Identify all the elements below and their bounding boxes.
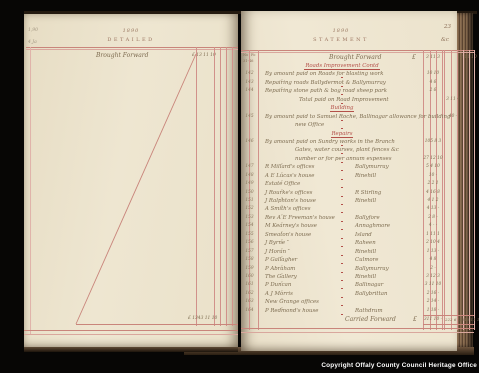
- ledger-row: Repairs: [241, 131, 477, 139]
- amount-col-1: 4 1 2: [422, 198, 444, 203]
- ledger-row: 163 ″ New Grange offices 2 14 -: [241, 299, 477, 307]
- page-bottom-edge-left: [24, 347, 238, 352]
- amount-col-1: 4 13 -: [422, 206, 444, 211]
- total-rule: [423, 315, 474, 316]
- ledger-row: 156 ″ J Byrne ″ Raheen 2 10 4: [241, 240, 477, 248]
- voucher-number: 144: [242, 88, 257, 93]
- voucher-number: 150: [242, 190, 257, 195]
- section-heading: [261, 114, 423, 120]
- ledger-row: 153 ″ Rev A E Freeman's house Ballyfore …: [241, 215, 477, 223]
- entry-place: Island: [355, 232, 372, 238]
- ledger-row: 161 ″ P Duncan Ballinagar 3 11 10: [241, 282, 477, 290]
- amount-col-1: 3 12 3: [422, 274, 444, 279]
- section-heading: [261, 257, 423, 263]
- footer-rule: [24, 330, 238, 331]
- brought-forward-label: Brought Forward: [329, 54, 382, 61]
- section-heading: [261, 181, 423, 187]
- entry-place: Ballymurray: [355, 266, 389, 272]
- ledger-row: 145 By amount paid to Samuel Roche, Ball…: [241, 114, 477, 122]
- voucher-number: 157: [242, 249, 257, 254]
- ledger-row: 159 ″ P Abraham Ballymurray 2 -: [241, 266, 477, 274]
- amount-col-1: 1 13 -: [422, 249, 444, 254]
- ledger-row: 158 ″ P Gallagher Culmore 4 8: [241, 257, 477, 265]
- right-page-content: 1890 STATEMENT 23 &c No Fo 31-46 Brought…: [241, 11, 477, 351]
- page-year: 1890: [24, 28, 238, 34]
- header-rule: [241, 50, 474, 51]
- voucher-number: 152: [242, 206, 257, 211]
- voucher-number: 163: [242, 299, 257, 304]
- page-title: STATEMENT: [241, 37, 441, 43]
- amount-col-1: 4 - -: [422, 223, 444, 228]
- column-rule: [196, 47, 197, 326]
- amount-col-1: 3 11 10: [422, 282, 444, 287]
- header-rule: [241, 52, 474, 53]
- void-diagonal-line: [24, 14, 238, 347]
- carried-forward-label: Carried Forward: [345, 316, 396, 323]
- entry-place: Rinehill: [355, 198, 376, 204]
- section-heading: Repairs: [261, 131, 423, 137]
- amount-col-1: 4 6: [422, 80, 444, 85]
- carried-amount: 1343 11 10: [459, 317, 477, 322]
- section-heading: [261, 249, 423, 255]
- amount-col-2: 3 11 4: [445, 97, 461, 102]
- page-title: DETAILED: [24, 37, 238, 43]
- entry-place: Ballyfore: [355, 215, 380, 221]
- voucher-number: 153: [242, 215, 257, 220]
- amount-col-1: 2 16 -: [422, 291, 444, 296]
- amount-col-1: 10 10: [422, 71, 444, 76]
- brought-forward-amount: 3 11 3: [422, 55, 444, 60]
- section-heading: [261, 266, 423, 272]
- page-number: 23: [444, 24, 451, 30]
- margin-rule: [30, 47, 31, 334]
- section-heading: Roads Improvement Contd: [261, 63, 423, 69]
- voucher-number: 148: [242, 173, 257, 178]
- copyright-notice: Copyright Offaly County Council Heritage…: [321, 362, 477, 369]
- amount-col-1: 1 18 -: [422, 308, 444, 313]
- footer-rule: [24, 334, 238, 335]
- footer-rule: [241, 332, 474, 333]
- amount-col-1: 27 12 10: [422, 156, 444, 161]
- voucher-number: 160: [242, 274, 257, 279]
- carried-amount: 311 10 -: [422, 317, 444, 322]
- entry-place: Raheen: [355, 240, 376, 246]
- column-rule: [214, 47, 215, 326]
- column-rule: [232, 47, 233, 326]
- ledger-row: Roads Improvement Contd: [241, 63, 477, 71]
- column-rule: [226, 47, 227, 326]
- amount-col-1: 2 14 -: [422, 299, 444, 304]
- voucher-number: 162: [242, 291, 257, 296]
- voucher-number: 142: [242, 71, 257, 76]
- ledger-rows: Roads Improvement Contd 142 By amount pa…: [241, 63, 477, 316]
- voucher-number: 164: [242, 308, 257, 313]
- ledger-row: 155 ″ Smeaton's house Island 1 11 1: [241, 232, 477, 240]
- ledger-row: Building: [241, 105, 477, 113]
- ledger-row: 149 ″ Estate Office 2 2 1: [241, 181, 477, 189]
- currency-symbol: £: [412, 54, 416, 61]
- entry-place: Rinehill: [355, 274, 376, 280]
- ledger-row: number or for per annum expenses 27 12 1…: [241, 156, 477, 164]
- fo-column-header: Fo: [251, 53, 255, 57]
- ledger-book: 1,90 4 Ja 1890 DETAILED Brought Forward …: [24, 11, 471, 352]
- section-heading: [261, 206, 423, 212]
- section-heading: [261, 97, 423, 103]
- section-heading: [261, 198, 423, 204]
- voucher-number: 159: [242, 266, 257, 271]
- page-year: 1890: [241, 28, 441, 34]
- section-heading: [261, 71, 423, 77]
- page-total: £ 1343 11 10: [188, 316, 217, 321]
- brought-forward-label: Brought Forward: [96, 52, 149, 59]
- voucher-number: 147: [242, 164, 257, 169]
- ledger-row: 154 ″ M Kearney's house Annaghmore 4 - -: [241, 223, 477, 231]
- section-heading: [261, 223, 423, 229]
- amount-col-1: 2 -: [422, 266, 444, 271]
- section-heading: [261, 282, 423, 288]
- ledger-row: 147 ″ R Millard's offices Ballymurray 5 …: [241, 164, 477, 172]
- section-heading: [261, 164, 423, 170]
- entry-place: R Stirling: [355, 190, 381, 196]
- ledger-row: Total paid on Road Improvement 3 11 4: [241, 97, 477, 105]
- section-heading: [261, 232, 423, 238]
- voucher-number: 161: [242, 282, 257, 287]
- ledger-row: 143 ″ Repairing roads Ballydermot & Ball…: [241, 80, 477, 88]
- ledger-row: 148 ″ A E Lucas's house Rinehill 10 -: [241, 173, 477, 181]
- section-heading: [261, 122, 423, 128]
- amount-col-1: 10 -: [422, 173, 444, 178]
- footer-rule: [241, 328, 474, 329]
- amount-col-1: 2 10 4: [422, 240, 444, 245]
- amount-col-1: 2 6: [422, 88, 444, 93]
- voucher-number: 149: [242, 181, 257, 186]
- ledger-row: 144 ″ Repairing stone path & bog road sh…: [241, 88, 477, 96]
- section-heading: [261, 147, 423, 153]
- ledger-row: 151 ″ J Ralphton's house Rinehill 4 1 2: [241, 198, 477, 206]
- no-column-header: No: [243, 53, 248, 57]
- page-number-note: &c: [441, 37, 449, 43]
- section-heading: [261, 156, 423, 162]
- voucher-number: 158: [242, 257, 257, 262]
- entry-place: Ballymurray: [355, 164, 389, 170]
- section-heading: [261, 88, 423, 94]
- entry-place: Rinehill: [355, 249, 376, 255]
- amount-col-1: 5 4 10: [422, 164, 444, 169]
- voucher-number: 143: [242, 80, 257, 85]
- ledger-row: 157 ″ J Horan ″ Rinehill 1 13 -: [241, 249, 477, 257]
- header-rule: [26, 47, 238, 48]
- ledger-row: 150 ″ J Rourke's offices R Stirling 4 16…: [241, 190, 477, 198]
- scanned-ledger-photo: 1,90 4 Ja 1890 DETAILED Brought Forward …: [0, 0, 479, 373]
- voucher-number: 145: [242, 114, 257, 119]
- total-rule: [423, 324, 474, 325]
- amount-col-1: 2 2 1: [422, 181, 444, 186]
- voucher-number: 151: [242, 198, 257, 203]
- ledger-row: Gates, water courses, plant fences &c: [241, 147, 477, 155]
- section-heading: [261, 80, 423, 86]
- voucher-number: 156: [242, 240, 257, 245]
- section-heading: [261, 299, 423, 305]
- amount-col-2: 40 -: [445, 114, 461, 119]
- entry-place: Annaghmore: [355, 223, 390, 229]
- base-rule: [76, 324, 238, 325]
- amount-col-1: 2 8 -: [422, 215, 444, 220]
- section-heading: [261, 308, 423, 314]
- column-rule: [220, 47, 221, 326]
- section-heading: Building: [261, 105, 423, 111]
- ledger-row: new Office: [241, 122, 477, 130]
- voucher-number: 154: [242, 223, 257, 228]
- voucher-number: 146: [242, 139, 257, 144]
- header-rule: [26, 49, 238, 50]
- amount-col-1: 1 11 1: [422, 232, 444, 237]
- amount-col-1: 4 16 8: [422, 190, 444, 195]
- entry-place: Culmore: [355, 257, 378, 263]
- ledger-row: 152 ″ A Smith's offices 4 13 -: [241, 206, 477, 214]
- entry-place: Rinehill: [355, 173, 376, 179]
- amount-col-1: 105 8 3: [422, 139, 444, 144]
- entry-place: Rathdrum: [355, 308, 383, 314]
- currency-symbol: £: [413, 316, 417, 323]
- section-heading: [261, 274, 423, 280]
- section-heading: [261, 291, 423, 297]
- entry-place: Ballybrittan: [355, 291, 387, 297]
- section-heading: [261, 215, 423, 221]
- left-page-content: 1,90 4 Ja 1890 DETAILED Brought Forward …: [24, 14, 238, 347]
- amount-col-1: 4 8: [422, 257, 444, 262]
- ledger-row: 160 ″ The Gallery Rinehill 3 12 3: [241, 274, 477, 282]
- entry-place: Ballinagar: [355, 282, 383, 288]
- ledger-row: 162 ″ A J Morris Ballybrittan 2 16 -: [241, 291, 477, 299]
- ledger-row: 146 By amount paid on Sundry works in th…: [241, 139, 477, 147]
- carried-amount: 222 6 -: [444, 317, 460, 322]
- section-heading: [261, 139, 423, 145]
- section-heading: [261, 240, 423, 246]
- voucher-number: 155: [242, 232, 257, 237]
- ledger-row: 142 By amount paid on Roads for blasting…: [241, 71, 477, 79]
- section-heading: [261, 173, 423, 179]
- section-heading: [261, 190, 423, 196]
